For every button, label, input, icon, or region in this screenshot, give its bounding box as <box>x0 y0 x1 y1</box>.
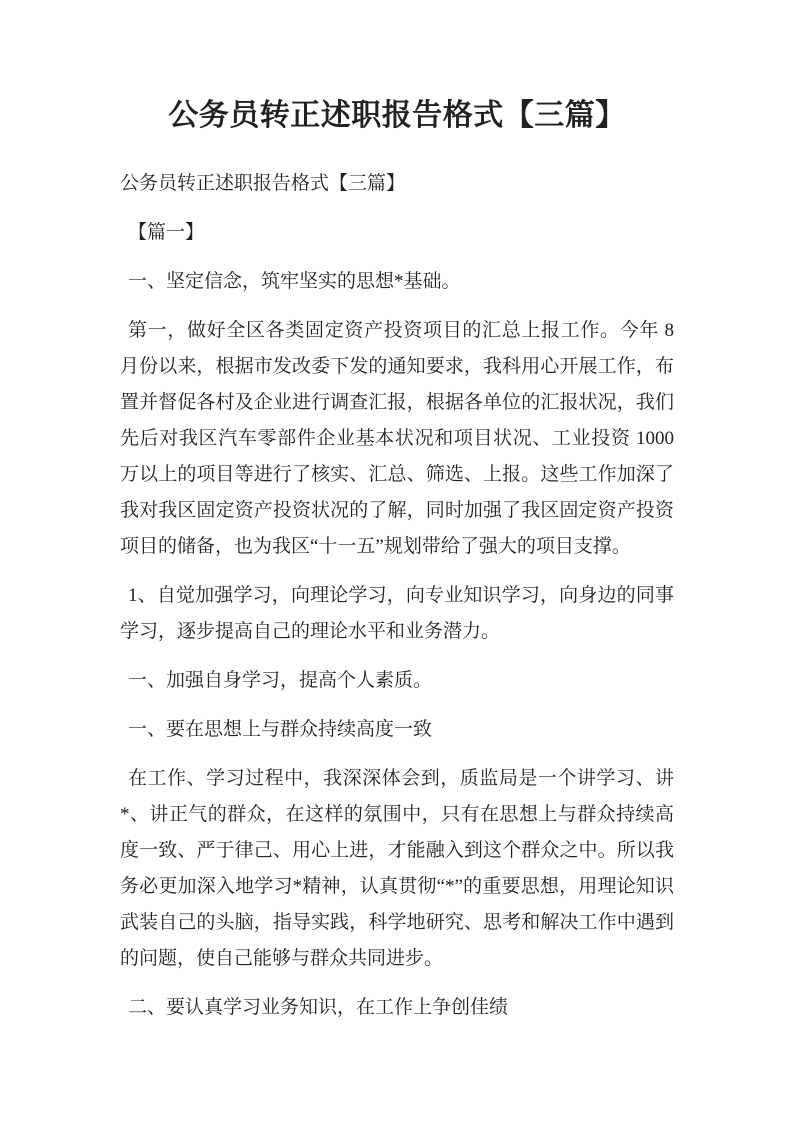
heading-business-knowledge: 二、要认真学习业务知识，在工作上争创佳绩 <box>120 990 674 1026</box>
heading-firm-ideals: 一、坚定信念，筑牢坚实的思想*基础。 <box>120 264 674 300</box>
paragraph-repeated-title: 公务员转正述职报告格式【三篇】 <box>120 166 674 202</box>
document-title: 公务员转正述职报告格式【三篇】 <box>120 96 674 136</box>
body-paragraph-self-learning: 1、自觉加强学习，向理论学习，向专业知识学习，向身边的同事学习，逐步提高自己的理… <box>120 578 674 650</box>
heading-align-with-masses: 一、要在思想上与群众持续高度一致 <box>120 712 674 748</box>
body-paragraph-investment-reporting: 第一，做好全区各类固定资产投资项目的汇总上报工作。今年 8 月份以来，根据市发改… <box>120 313 674 565</box>
body-paragraph-work-study-experience: 在工作、学习过程中，我深深体会到，质监局是一个讲学习、讲*、讲正气的群众，在这样… <box>120 761 674 977</box>
document-page: 公务员转正述职报告格式【三篇】 公务员转正述职报告格式【三篇】 【篇一】 一、坚… <box>0 0 793 1122</box>
heading-strengthen-self-study: 一、加强自身学习，提高个人素质。 <box>120 663 674 699</box>
section-label-part-one: 【篇一】 <box>120 215 674 251</box>
